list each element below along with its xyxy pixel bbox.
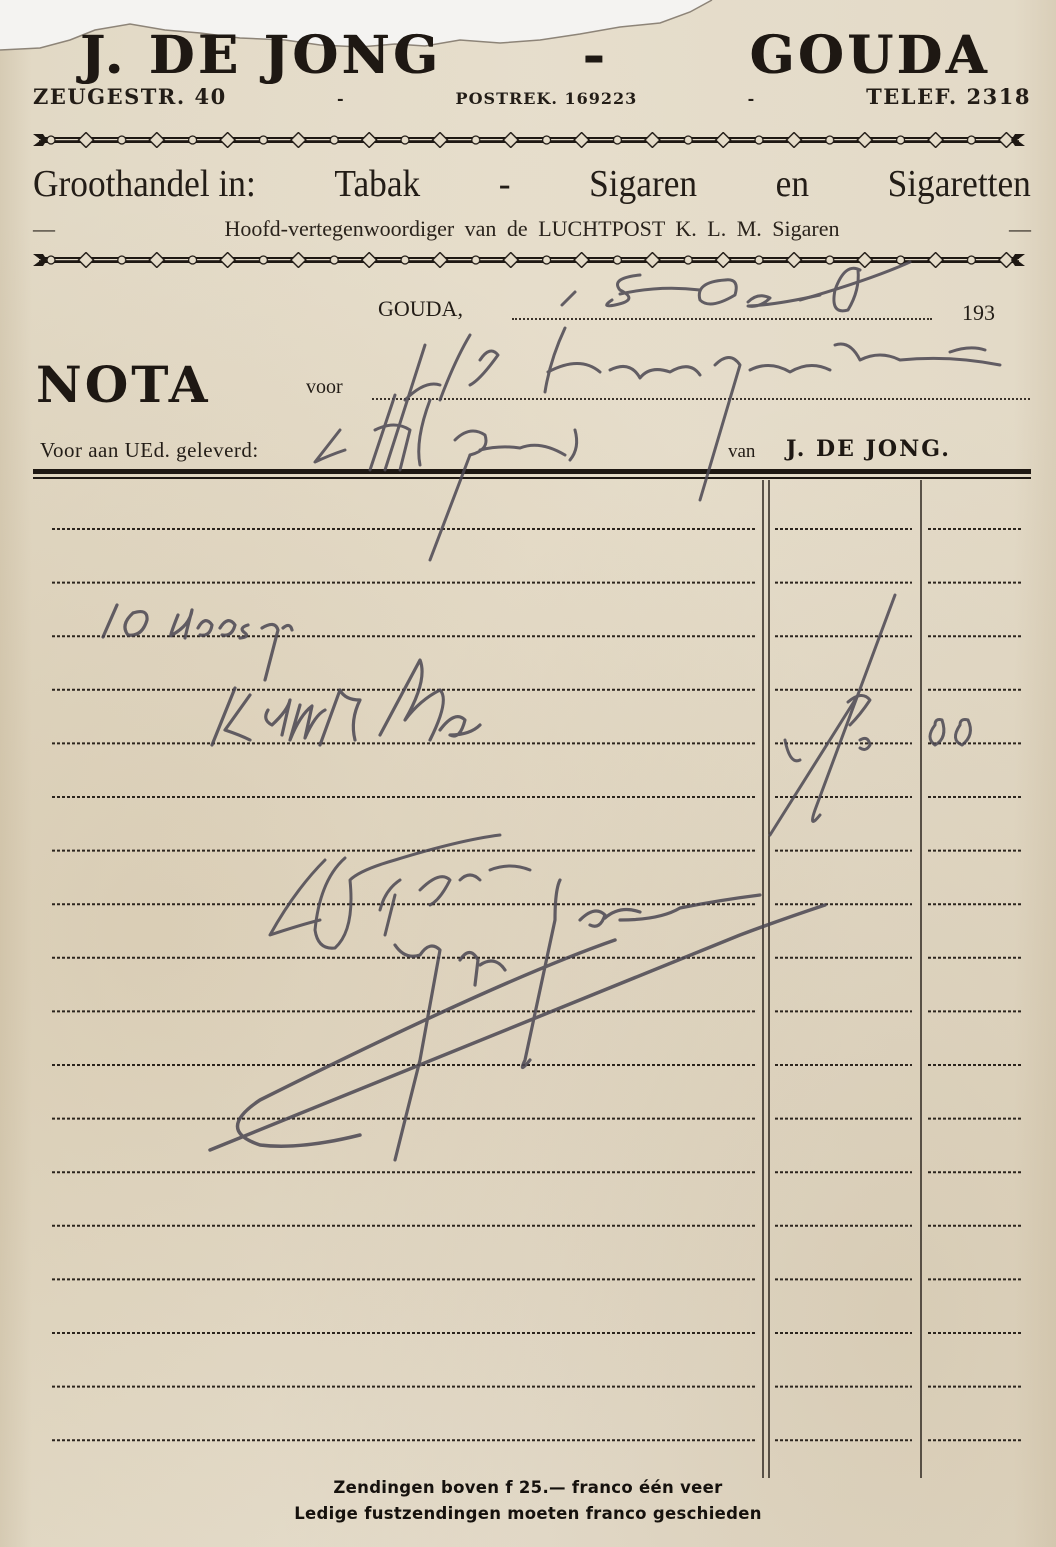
footer-packaging-note: Ledige fustzendingen moeten franco gesch… (0, 1504, 1056, 1523)
handwritten-recipient (385, 328, 1000, 500)
handwritten-delivered (315, 395, 577, 560)
handwriting-layer (0, 0, 1056, 1547)
footer-shipping-note: Zendingen boven f 25.— franco één veer (0, 1478, 1056, 1497)
handwritten-signature (395, 880, 760, 1160)
signature-underline-flourish (210, 905, 825, 1150)
